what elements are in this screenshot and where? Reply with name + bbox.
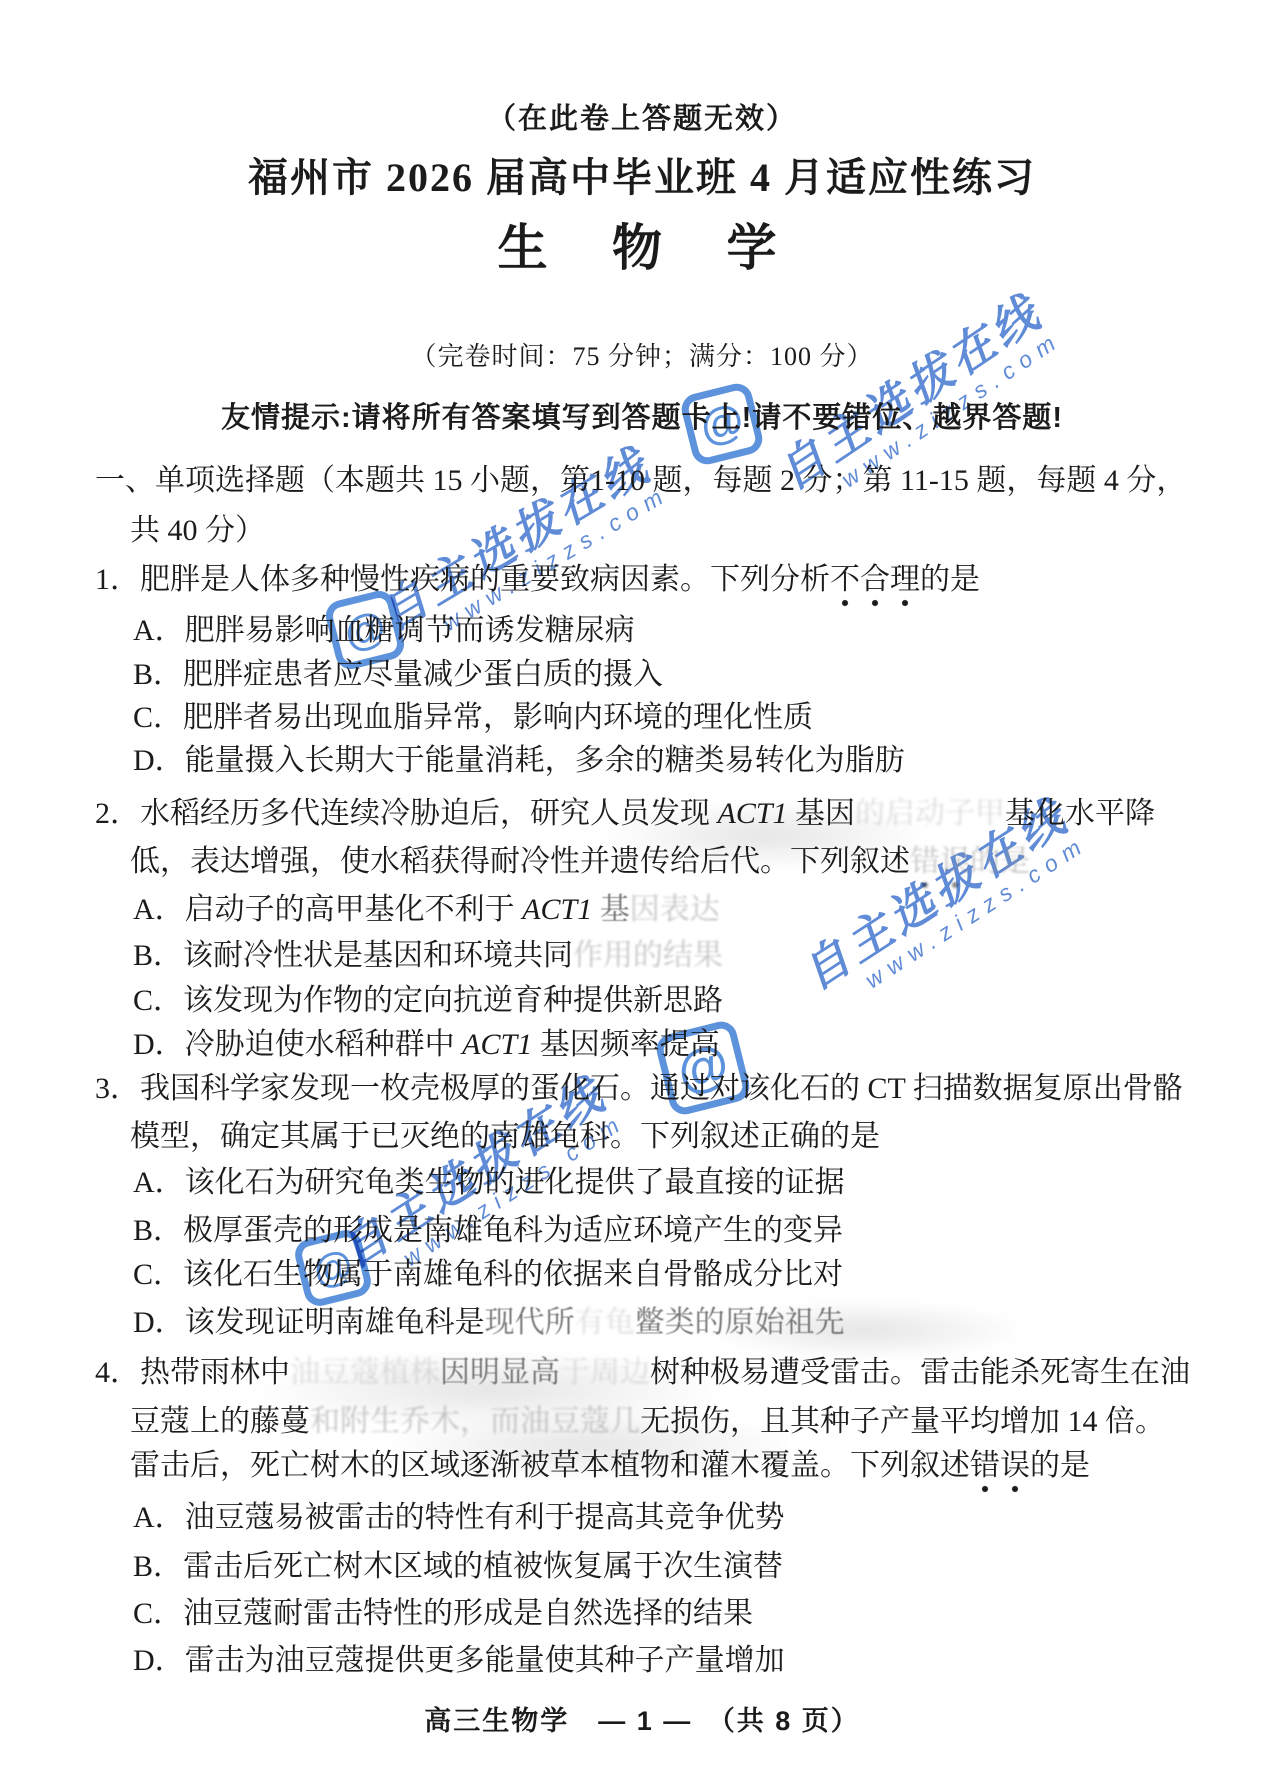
stem-text: 水稻经历多代连续冷胁迫后，研究人员发现 [140, 797, 718, 830]
stem-text: 热带雨林中 [140, 1356, 290, 1389]
question-4-option-c: C．油豆蔻耐雷击特性的形成是自然选择的结果 [133, 1596, 753, 1632]
question-3-option-a: A．该化石为研究龟类生物的进化提供了最直接的证据 [133, 1165, 845, 1201]
option-text: 该化石生物属于南雄龟科的依据来自骨骼成分比对 [183, 1258, 843, 1291]
question-2-stem-line2: 低，表达增强，使水稻获得耐冷性并遗传给后代。下列叙述错误的是 [130, 844, 1030, 889]
faded-scan-text: 油豆蔻植株 [290, 1356, 440, 1389]
exam-paper-page: 自主选拔在线 www.zizzs.com 自主选拔在线 www.zizzs.co… [0, 0, 1284, 1787]
question-3-option-d: D．该发现证明南雄龟科是现代所有龟鳖类的原始祖先 [133, 1305, 845, 1341]
question-2-stem-line1: 2．水稻经历多代连续冷胁迫后，研究人员发现 ACT1 基因的启动子甲基化水平降 [95, 796, 1155, 832]
option-label: C． [133, 700, 183, 736]
question-3-option-c: C．该化石生物属于南雄龟科的依据来自骨骼成分比对 [133, 1257, 843, 1293]
semi-faded-scan-text: 鳖类的原始祖先 [635, 1306, 845, 1339]
question-number: 1． [95, 562, 140, 598]
option-label: A． [133, 1165, 185, 1201]
option-text: 肥胖易影响血糖调节而诱发糖尿病 [185, 614, 635, 647]
faded-scan-text: 因表达 [630, 893, 720, 926]
semi-faded-scan-text: 现代所 [485, 1306, 575, 1339]
option-label: C． [133, 1596, 183, 1632]
question-2-option-b: B．该耐冷性状是基因和环境共同作用的结果 [133, 938, 723, 974]
option-label: A． [133, 613, 185, 649]
option-label: D． [133, 1027, 185, 1063]
question-2-option-d: D．冷胁迫使水稻种群中 ACT1 基因频率提高 [133, 1027, 720, 1063]
option-text: 肥胖者易出现血脂异常，影响内环境的理化性质 [183, 701, 813, 734]
exam-time-score-info: （完卷时间：75 分钟；满分：100 分） [0, 339, 1284, 375]
faded-scan-text: 的启动子甲 [855, 797, 1005, 830]
question-4-option-a: A．油豆蔻易被雷击的特性有利于提高其竞争优势 [133, 1500, 785, 1536]
option-text: 该发现证明南雄龟科是 [185, 1306, 485, 1339]
option-text: 雷击后死亡树木区域的植被恢复属于次生演替 [183, 1550, 783, 1583]
friendly-tip: 友情提示:请将所有答案填写到答题卡上!请不要错位、越界答题! [0, 400, 1284, 436]
answer-invalid-notice: （在此卷上答题无效） [0, 101, 1284, 137]
question-2-option-a: A．启动子的高甲基化不利于 ACT1 基因表达 [133, 892, 720, 928]
question-4-stem-line1: 4．热带雨林中油豆蔻植株因明显高于周边树种极易遭受雷击。雷击能杀死寄生在油 [95, 1355, 1190, 1391]
stem-text: 豆蔻上的藤蔓 [130, 1405, 310, 1438]
option-label: C． [133, 1257, 183, 1293]
question-4-option-d: D．雷击为油豆蔻提供更多能量使其种子产量增加 [133, 1643, 785, 1679]
option-text: 启动子的高甲基化不利于 [185, 893, 523, 926]
page-footer: 高三生物学 — 1 — （共 8 页） [0, 1703, 1284, 1739]
option-label: B． [133, 938, 183, 974]
question-3-stem-line1: 3．我国科学家发现一枚壳极厚的蛋化石。通过对该化石的 CT 扫描数据复原出骨骼 [95, 1071, 1183, 1107]
faded-scan-text: 和附生乔木，而油豆蔻几 [310, 1405, 640, 1438]
question-4-stem-line3: 雷击后，死亡树木的区域逐渐被草本植物和灌木覆盖。下列叙述错误的是 [130, 1448, 1090, 1493]
question-1-option-a: A．肥胖易影响血糖调节而诱发糖尿病 [133, 613, 635, 649]
option-label: C． [133, 983, 183, 1019]
gene-name-italic: ACT1 [522, 893, 592, 926]
gene-name-italic: ACT1 [462, 1028, 532, 1061]
faded-scan-text: 作用的结果 [573, 939, 723, 972]
option-text: 基 [592, 893, 630, 926]
section-header-text: 一、单项选择题（本题共 15 小题，第1-10 题，每题 2 分；第 11-15… [95, 464, 1186, 497]
question-1-stem: 1．肥胖是人体多种慢性疾病的重要致病因素。下列分析不合理的是 [95, 562, 980, 607]
faded-scan-text: 有龟 [575, 1306, 635, 1339]
stem-emphasized-text: 错误 [970, 1448, 1030, 1493]
option-label: A． [133, 1500, 185, 1536]
stem-text: 的是 [920, 563, 980, 596]
option-text: 该化石为研究龟类生物的进化提供了最直接的证据 [185, 1166, 845, 1199]
section-header-text: 共 40 分） [130, 514, 265, 547]
option-label: D． [133, 1643, 185, 1679]
question-1-option-b: B．肥胖症患者应尽量减少蛋白质的摄入 [133, 657, 663, 693]
stem-text: 肥胖是人体多种慢性疾病的重要致病因素。下列分析 [140, 563, 830, 596]
option-label: B． [133, 1213, 183, 1249]
question-3-stem-line2: 模型，确定其属于已灭绝的南雄龟科。下列叙述正确的是 [130, 1119, 880, 1155]
option-text: 该发现为作物的定向抗逆育种提供新思路 [183, 984, 723, 1017]
option-label: A． [133, 892, 185, 928]
option-label: D． [133, 1305, 185, 1341]
faded-scan-text: 于周边 [560, 1356, 650, 1389]
faded-scan-text: 的是 [970, 845, 1030, 878]
question-number: 4． [95, 1355, 140, 1391]
question-2-option-c: C．该发现为作物的定向抗逆育种提供新思路 [133, 983, 723, 1019]
section-header-line2: 共 40 分） [130, 513, 265, 549]
faded-scan-text: 错误 [910, 844, 970, 889]
stem-text: 雷击后，死亡树木的区域逐渐被草本植物和灌木覆盖。下列叙述 [130, 1449, 970, 1482]
question-1-option-c: C．肥胖者易出现血脂异常，影响内环境的理化性质 [133, 700, 813, 736]
question-number: 2． [95, 796, 140, 832]
stem-text: 树种极易遭受雷击。雷击能杀死寄生在油 [650, 1356, 1190, 1389]
option-label: B． [133, 657, 183, 693]
stem-text: 基化水平降 [1005, 797, 1155, 830]
option-text: 极厚蛋壳的形成是南雄龟科为适应环境产生的变异 [183, 1214, 843, 1247]
question-3-option-b: B．极厚蛋壳的形成是南雄龟科为适应环境产生的变异 [133, 1213, 843, 1249]
option-label: D． [133, 743, 185, 779]
semi-faded-scan-text: 因明显高 [440, 1356, 560, 1389]
option-text: 该耐冷性状是基因和环境共同 [183, 939, 573, 972]
question-4-option-b: B．雷击后死亡树木区域的植被恢复属于次生演替 [133, 1549, 783, 1585]
stem-text: 低，表达增强，使水稻获得耐冷性并遗传给后代。下列叙述 [130, 845, 910, 878]
stem-text: 我国科学家发现一枚壳极厚的蛋化石。通过对该化石的 CT 扫描数据复原出骨骼 [140, 1072, 1183, 1105]
stem-emphasized-text: 不合理 [830, 562, 920, 607]
option-text: 冷胁迫使水稻种群中 [185, 1028, 463, 1061]
option-label: B． [133, 1549, 183, 1585]
option-text: 油豆蔻易被雷击的特性有利于提高其竞争优势 [185, 1501, 785, 1534]
subject-title: 生 物 学 [0, 230, 1284, 266]
option-text: 雷击为油豆蔻提供更多能量使其种子产量增加 [185, 1644, 785, 1677]
stem-text: 模型，确定其属于已灭绝的南雄龟科。下列叙述正确的是 [130, 1120, 880, 1153]
gene-name-italic: ACT1 [718, 797, 788, 830]
question-4-stem-line2: 豆蔻上的藤蔓和附生乔木，而油豆蔻几无损伤，且其种子产量平均增加 14 倍。 [130, 1404, 1165, 1440]
option-text: 肥胖症患者应尽量减少蛋白质的摄入 [183, 658, 663, 691]
option-text: 油豆蔻耐雷击特性的形成是自然选择的结果 [183, 1597, 753, 1630]
question-1-option-d: D．能量摄入长期大于能量消耗，多余的糖类易转化为脂肪 [133, 743, 905, 779]
option-text: 基因频率提高 [532, 1028, 720, 1061]
section-header-line1: 一、单项选择题（本题共 15 小题，第1-10 题，每题 2 分；第 11-15… [95, 463, 1186, 499]
exam-title: 福州市 2026 届高中毕业班 4 月适应性练习 [0, 160, 1284, 196]
stem-text: 无损伤，且其种子产量平均增加 14 倍。 [640, 1405, 1165, 1438]
stem-text: 基因 [788, 797, 856, 830]
question-number: 3． [95, 1071, 140, 1107]
option-text: 能量摄入长期大于能量消耗，多余的糖类易转化为脂肪 [185, 744, 905, 777]
stem-text: 的是 [1030, 1449, 1090, 1482]
